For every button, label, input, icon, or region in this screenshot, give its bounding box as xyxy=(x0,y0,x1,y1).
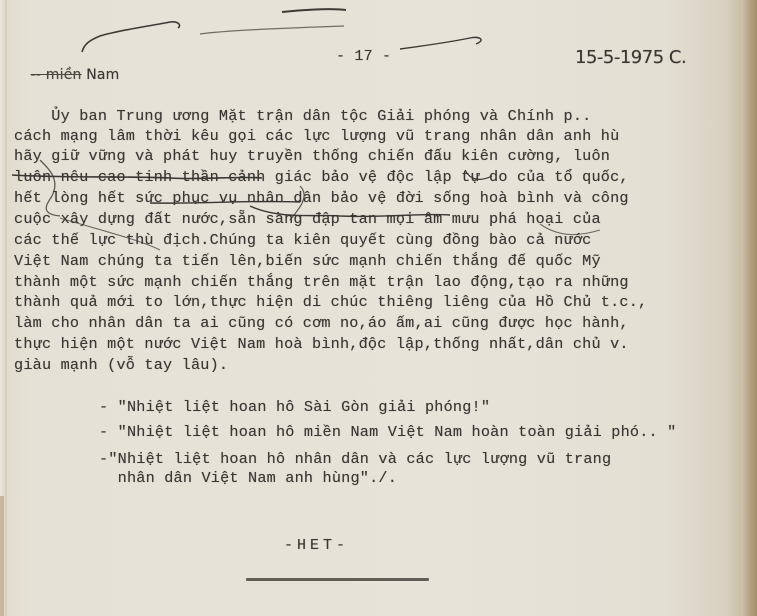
body-line: Việt Nam chúng ta tiến lên,biến sức mạnh… xyxy=(14,252,601,270)
body-line: thành một sức mạnh chiến thắng trên mặt … xyxy=(14,273,629,291)
body-line: làm cho nhân dân ta ai cũng có cơm no,áo… xyxy=(14,314,629,332)
body-line: cuộc xây dựng đất nước,sẵn sàng đập tan … xyxy=(14,210,601,228)
header-left-text: -- miền Nam xyxy=(12,51,120,99)
header-region-text: Nam xyxy=(82,67,120,83)
header-struck-text: -- miền xyxy=(31,67,82,83)
end-divider-line xyxy=(246,578,429,581)
slogan-item: nhân dân Việt Nam anh hùng"./. xyxy=(99,469,397,487)
body-line: luôn nêu cao tinh thần cảnh giác bảo vệ … xyxy=(14,168,629,186)
body-line: các thế lực thù địch.Chúng ta kiên quyết… xyxy=(14,231,591,249)
body-line: thực hiện một nước Việt Nam hoà bình,độc… xyxy=(14,335,629,353)
end-mark: -HET- xyxy=(284,537,349,554)
typewritten-document-page: -- miền Nam - 17 - 15-5-1975 C. Ủy ban T… xyxy=(0,0,757,616)
page-left-edge-shadow xyxy=(0,496,4,616)
body-line: thành quả mới to lớn,thực hiện di chúc t… xyxy=(14,293,647,311)
body-line: hãy giữ vững và phát huy truyền thống ch… xyxy=(14,147,610,165)
document-date: 15-5-1975 C. xyxy=(575,47,686,68)
body-line: Ủy ban Trung ương Mặt trận dân tộc Giải … xyxy=(14,107,591,125)
slogan-item: -"Nhiệt liệt hoan hô nhân dân và các lực… xyxy=(99,450,611,468)
page-right-edge xyxy=(741,0,757,616)
body-line: hết lòng hết sức phục vụ nhân dân bảo vệ… xyxy=(14,189,629,207)
slogan-item: - "Nhiệt liệt hoan hô miền Nam Việt Nam … xyxy=(99,423,676,441)
body-line: giàu mạnh (vỗ tay lâu). xyxy=(14,356,228,374)
slogan-item: - "Nhiệt liệt hoan hô Sài Gòn giải phóng… xyxy=(99,398,490,416)
page-number: - 17 - xyxy=(336,48,391,65)
body-line: cách mạng lâm thời kêu gọi các lực lượng… xyxy=(14,127,619,145)
